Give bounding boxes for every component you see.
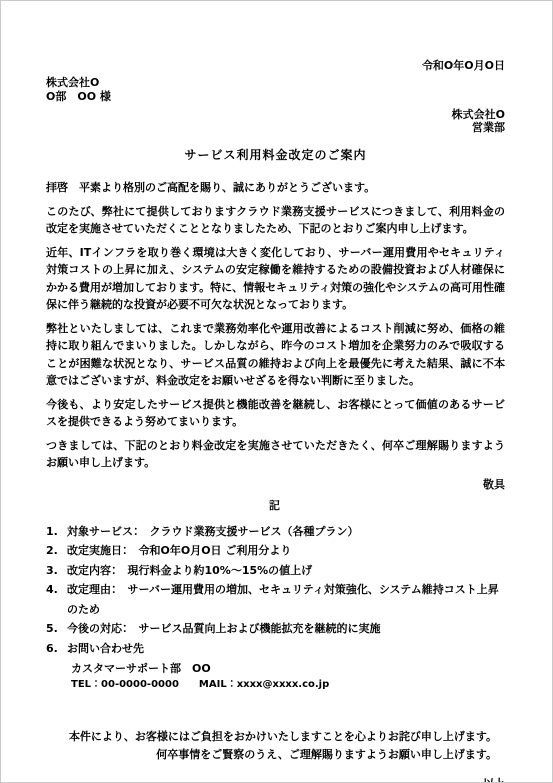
recipient-block: 株式会社O O部 OO 様 bbox=[46, 76, 505, 104]
apology-block: 本件により、お客様にはご負担をおかけいたしますことを心よりお詫び申し上げます。 … bbox=[46, 728, 497, 764]
item-text: 改定実施日： 令和O年O月O日 ご利用分より bbox=[67, 541, 505, 561]
body-paragraph-5: つきましては、下記のとおり料金改定を実施させていただきたく、何卒ご理解賜りますよ… bbox=[46, 437, 505, 472]
body-paragraph-1: このたび、弊社にて提供しておりますクラウド業務支援サービスにつきまして、利用料金… bbox=[46, 203, 505, 238]
letter-page: 令和O年O月O日 株式会社O O部 OO 様 株式会社O 営業部 サービス利用料… bbox=[0, 0, 553, 783]
item-text: 今後の対応： サービス品質向上および機能拡充を継続的に実施 bbox=[67, 619, 505, 639]
item-number: 3. bbox=[46, 561, 67, 581]
list-item-2: 2. 改定実施日： 令和O年O月O日 ご利用分より bbox=[46, 541, 505, 561]
greeting-paragraph: 拝啓 平素より格別のご高配を賜り、誠にありがとうございます。 bbox=[46, 179, 505, 197]
item-text: 対象サービス： クラウド業務支援サービス（各種プラン） bbox=[67, 522, 505, 542]
item-text: 改定理由： サーバー運用費用の増加、セキュリティ対策強化、システム維持コスト上昇… bbox=[67, 580, 505, 619]
recipient-name: O部 OO 様 bbox=[46, 90, 505, 104]
item-number: 2. bbox=[46, 541, 67, 561]
item-text: 改定内容： 現行料金より約10%～15%の値上げ bbox=[67, 561, 505, 581]
letter-title: サービス利用料金改定のご案内 bbox=[46, 146, 505, 163]
list-item-6: 6. お問い合わせ先 bbox=[46, 639, 505, 659]
recipient-company: 株式会社O bbox=[46, 76, 505, 90]
list-item-1: 1. 対象サービス： クラウド業務支援サービス（各種プラン） bbox=[46, 522, 505, 542]
body-paragraph-3: 弊社といたしましては、これまで業務効率化や運用改善によるコスト削減に努め、価格の… bbox=[46, 320, 505, 390]
apology-line-1: 本件により、お客様にはご負担をおかけいたしますことを心よりお詫び申し上げます。 bbox=[46, 728, 497, 746]
list-item-4: 4. 改定理由： サーバー運用費用の増加、セキュリティ対策強化、システム維持コス… bbox=[46, 580, 505, 619]
sender-block: 株式会社O 営業部 bbox=[46, 108, 505, 134]
sender-company: 株式会社O bbox=[46, 108, 505, 121]
list-item-3: 3. 改定内容： 現行料金より約10%～15%の値上げ bbox=[46, 561, 505, 581]
body-paragraph-4: 今後も、より安定したサービス提供と機能改善を継続し、お客様にとって価値のあるサー… bbox=[46, 396, 505, 431]
item-number: 4. bbox=[46, 580, 67, 619]
sender-department: 営業部 bbox=[46, 121, 505, 134]
record-marker: 記 bbox=[46, 497, 505, 513]
body-paragraph-2: 近年、ITインフラを取り巻く環境は大きく変化しており、サーバー運用費用やセキュリ… bbox=[46, 244, 505, 314]
contact-department: カスタマーサポート部 OO bbox=[71, 660, 505, 677]
apology-line-2: 何卒事情をご賢察のうえ、ご理解賜りますようお願い申し上げます。 bbox=[46, 746, 497, 764]
item-number: 6. bbox=[46, 639, 67, 659]
item-number: 1. bbox=[46, 522, 67, 542]
closing-word: 敬具 bbox=[46, 476, 505, 492]
end-marker: 以上 bbox=[46, 775, 505, 783]
date-line: 令和O年O月O日 bbox=[46, 57, 505, 73]
list-item-5: 5. 今後の対応： サービス品質向上および機能拡充を継続的に実施 bbox=[46, 619, 505, 639]
notice-list: 1. 対象サービス： クラウド業務支援サービス（各種プラン） 2. 改定実施日：… bbox=[46, 522, 505, 659]
item-text: お問い合わせ先 bbox=[67, 639, 505, 659]
item-number: 5. bbox=[46, 619, 67, 639]
contact-tel-mail: TEL：00-0000-0000 MAIL：xxxx@xxxx.co.jp bbox=[71, 677, 505, 692]
contact-block: カスタマーサポート部 OO TEL：00-0000-0000 MAIL：xxxx… bbox=[71, 660, 505, 692]
